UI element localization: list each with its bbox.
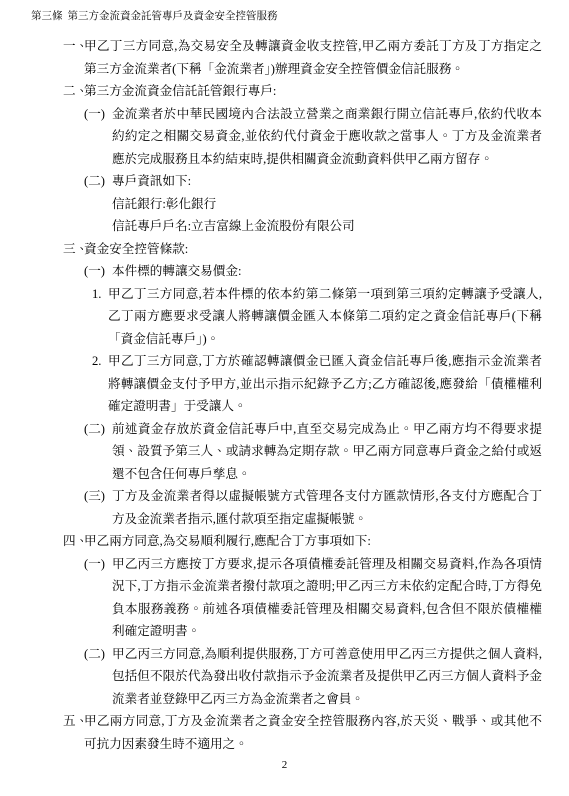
clause-item-label: (二) <box>84 170 105 193</box>
clause-subitem-label: 1. <box>92 283 101 306</box>
clause-text: 甲乙兩方同意,丁方及金流業者之資金安全控管服務內容,於天災、戰爭、或其他不可抗力… <box>84 714 542 751</box>
clause-item-text: 金流業者於中華民國境內合法設立營業之商業銀行開立信託專戶,依約代收本約約定之相關… <box>112 107 542 166</box>
clause: 三、資金安全控管條款: <box>63 238 542 261</box>
detail-line: 信託專戶戶名:立吉富線上金流股份有限公司 <box>112 215 542 238</box>
clause-item: (二)甲乙丙三方同意,為順利提供服務,丁方可善意使用甲乙丙三方提供之個人資料,包… <box>84 643 542 711</box>
clause-item-label: (一) <box>84 260 105 283</box>
clause-item-text: 丁方及金流業者得以虛擬帳號方式管理各支付方匯款情形,各支付方應配合丁方及金流業者… <box>112 489 542 526</box>
clause-subitem: 2.甲乙丁三方同意,丁方於確認轉讓價金已匯入資金信託專戶後,應指示金流業者將轉讓… <box>92 350 542 418</box>
detail-line: 信託銀行:彰化銀行 <box>112 193 542 216</box>
section-title: 第三方金流資金託管專戶及資金安全控管服務 <box>68 11 278 22</box>
clause-subitem: 1.甲乙丁三方同意,若本件標的依本約第二條第一項到第三項約定轉讓予受讓人,乙丁兩… <box>92 283 542 351</box>
section-heading: 第三條第三方金流資金託管專戶及資金安全控管服務 <box>31 9 569 25</box>
clause-text: 甲乙兩方同意,為交易順利履行,應配合丁方事項如下: <box>84 534 371 548</box>
clause-label: 一、 <box>63 35 88 58</box>
section-number: 第三條 <box>31 11 63 22</box>
clause-item-text: 甲乙丙三方同意,為順利提供服務,丁方可善意使用甲乙丙三方提供之個人資料,包括但不… <box>112 647 542 706</box>
clause-label: 三、 <box>63 238 88 261</box>
clause-list: 一、甲乙丁三方同意,為交易安全及轉讓資金收支控管,甲乙兩方委託丁方及丁方指定之第… <box>0 35 569 755</box>
clause-subitem-text: 甲乙丁三方同意,丁方於確認轉讓價金已匯入資金信託專戶後,應指示金流業者將轉讓價金… <box>108 354 542 413</box>
page-number: 2 <box>0 758 569 772</box>
clause-item-label: (三) <box>84 485 105 508</box>
clause-item: (三)丁方及金流業者得以虛擬帳號方式管理各支付方匯款情形,各支付方應配合丁方及金… <box>84 485 542 530</box>
clause-item-text: 本件標的轉讓交易價金: <box>112 264 241 278</box>
clause-item-label: (二) <box>84 643 105 666</box>
clause-item-text: 專戶資訊如下: <box>112 174 191 188</box>
clause-item: (一)本件標的轉讓交易價金: <box>84 260 542 283</box>
clause: 四、甲乙兩方同意,為交易順利履行,應配合丁方事項如下: <box>63 530 542 553</box>
clause-item-label: (一) <box>84 103 105 126</box>
clause-text: 資金安全控管條款: <box>84 242 188 256</box>
clause-label: 四、 <box>63 530 88 553</box>
clause-item-text: 甲乙丙三方應按丁方要求,提示各項債權委託管理及相關交易資料,作為各項情況下,丁方… <box>112 557 542 639</box>
clause-label: 五、 <box>63 710 88 733</box>
document-page: 第三條第三方金流資金託管專戶及資金安全控管服務 一、甲乙丁三方同意,為交易安全及… <box>0 0 569 796</box>
clause-label: 二、 <box>63 80 88 103</box>
clause-item-label: (二) <box>84 418 105 441</box>
clause-item: (一)甲乙丙三方應按丁方要求,提示各項債權委託管理及相關交易資料,作為各項情況下… <box>84 553 542 643</box>
clause-subitem-label: 2. <box>92 350 101 373</box>
clause-subitem-text: 甲乙丁三方同意,若本件標的依本約第二條第一項到第三項約定轉讓予受讓人,乙丁兩方應… <box>108 287 542 346</box>
clause-item: (二)前述資金存放於資金信託專戶中,直至交易完成為止。甲乙兩方均不得要求提領、設… <box>84 418 542 486</box>
clause-item: (二)專戶資訊如下: <box>84 170 542 193</box>
clause-item-text: 前述資金存放於資金信託專戶中,直至交易完成為止。甲乙兩方均不得要求提領、設質予第… <box>112 422 542 481</box>
detail-line-text: 信託專戶戶名:立吉富線上金流股份有限公司 <box>112 219 355 233</box>
clause: 一、甲乙丁三方同意,為交易安全及轉讓資金收支控管,甲乙兩方委託丁方及丁方指定之第… <box>63 35 542 80</box>
clause-text: 第三方金流資金信託託管銀行專戶: <box>84 84 276 98</box>
clause-item: (一)金流業者於中華民國境內合法設立營業之商業銀行開立信託專戶,依約代收本約約定… <box>84 103 542 171</box>
clause: 二、第三方金流資金信託託管銀行專戶: <box>63 80 542 103</box>
detail-line-text: 信託銀行:彰化銀行 <box>112 197 216 211</box>
clause-item-label: (一) <box>84 553 105 576</box>
clause-text: 甲乙丁三方同意,為交易安全及轉讓資金收支控管,甲乙兩方委託丁方及丁方指定之第三方… <box>84 39 542 76</box>
clause: 五、甲乙兩方同意,丁方及金流業者之資金安全控管服務內容,於天災、戰爭、或其他不可… <box>63 710 542 755</box>
